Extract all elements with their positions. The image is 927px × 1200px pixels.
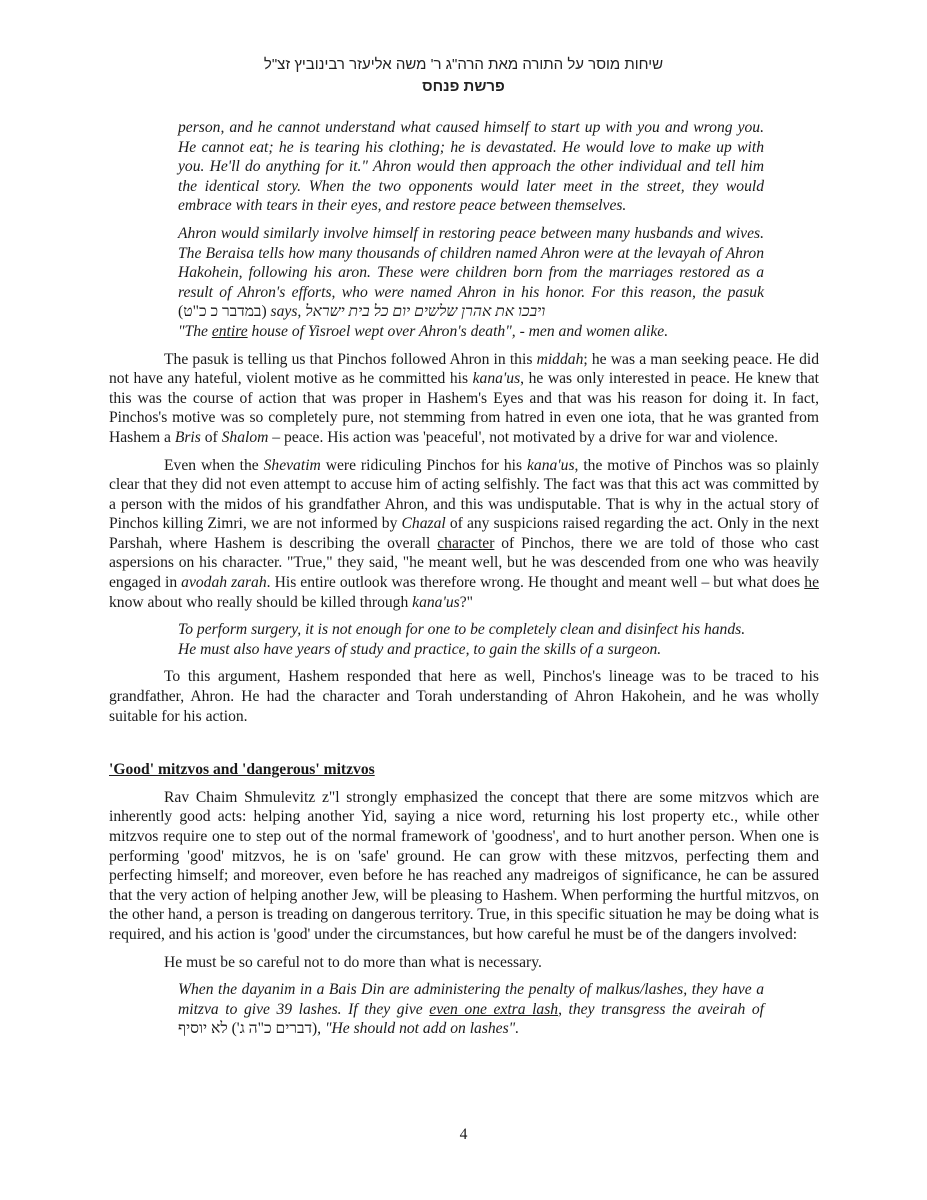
italic-term: Chazal <box>402 515 446 532</box>
italic-term: middah <box>537 351 584 368</box>
para-text: – peace. His action was 'peaceful', not … <box>268 429 778 446</box>
paragraph-3: To this argument, Hashem responded that … <box>109 667 819 726</box>
para-text: . His entire outlook was therefore wrong… <box>267 574 805 591</box>
italic-term: kana'us <box>473 370 521 387</box>
page-header: שיחות מוסר על התורה מאת הרה"ג ר' משה אלי… <box>0 54 927 98</box>
document-body: person, and he cannot understand what ca… <box>109 118 819 1047</box>
hebrew-pasuk: ויבכו את אהרן שלשים יום כל בית ישראל <box>305 303 545 320</box>
paragraph-5: He must be so careful not to do more tha… <box>164 953 819 973</box>
italic-term: avodah zarah <box>181 574 266 591</box>
para-text: To this argument, Hashem responded that … <box>109 668 819 724</box>
header-parsha: פרשת פנחס <box>0 76 927 98</box>
hebrew-pasuk: לא יוסיף <box>178 1020 228 1037</box>
underlined-word: character <box>437 535 494 552</box>
quote-block-2: Ahron would similarly involve himself in… <box>178 224 764 342</box>
para-text: The pasuk is telling us that Pinchos fol… <box>164 351 537 368</box>
quote-block-1: person, and he cannot understand what ca… <box>178 118 764 216</box>
page-number: 4 <box>0 1126 927 1144</box>
hebrew-source-ref: (דברים כ"ה ג') <box>232 1020 318 1037</box>
para-text: of <box>201 429 222 446</box>
quote-text: Ahron would similarly involve himself in… <box>178 225 764 301</box>
quote-text: , they transgress the aveirah of <box>558 1001 764 1018</box>
quote-block-4: When the dayanim in a Bais Din are admin… <box>178 980 764 1039</box>
paragraph-2: Even when the Shevatim were ridiculing P… <box>109 456 819 613</box>
para-text: ?" <box>460 594 473 611</box>
quote-block-3: To perform surgery, it is not enough for… <box>178 620 764 659</box>
quote-text: house of Yisroel wept over Ahron's death… <box>248 323 668 340</box>
para-text: were ridiculing Pinchos for his <box>321 457 527 474</box>
underlined-word: he <box>804 574 819 591</box>
italic-term: kana'us <box>527 457 575 474</box>
para-text: Even when the <box>164 457 264 474</box>
quote-text: person, and he cannot understand what ca… <box>178 119 764 214</box>
quote-text: "The <box>178 323 212 340</box>
paragraph-1: The pasuk is telling us that Pinchos fol… <box>109 350 819 448</box>
quote-text: , "He should not add on lashes". <box>317 1020 519 1037</box>
quote-text: To perform surgery, it is not enough for… <box>178 621 745 658</box>
para-text: Rav Chaim Shmulevitz z"l strongly emphas… <box>109 789 819 943</box>
hebrew-source-ref: (במדבר כ כ"ט) <box>178 303 267 320</box>
header-title: שיחות מוסר על התורה מאת הרה"ג ר' משה אלי… <box>0 54 927 76</box>
italic-term: Bris <box>175 429 201 446</box>
italic-term: Shalom <box>222 429 269 446</box>
underlined-phrase: even one extra lash <box>429 1001 558 1018</box>
paragraph-4: Rav Chaim Shmulevitz z"l strongly emphas… <box>109 788 819 945</box>
document-page: שיחות מוסר על התורה מאת הרה"ג ר' משה אלי… <box>0 0 927 1200</box>
para-text: know about who really should be killed t… <box>109 594 412 611</box>
quote-text: says, <box>267 303 306 320</box>
section-heading: 'Good' mitzvos and 'dangerous' mitzvos <box>109 760 819 780</box>
italic-term: Shevatim <box>264 457 321 474</box>
underlined-word: entire <box>212 323 248 340</box>
para-text: He must be so careful not to do more tha… <box>164 954 542 971</box>
italic-term: kana'us <box>412 594 460 611</box>
